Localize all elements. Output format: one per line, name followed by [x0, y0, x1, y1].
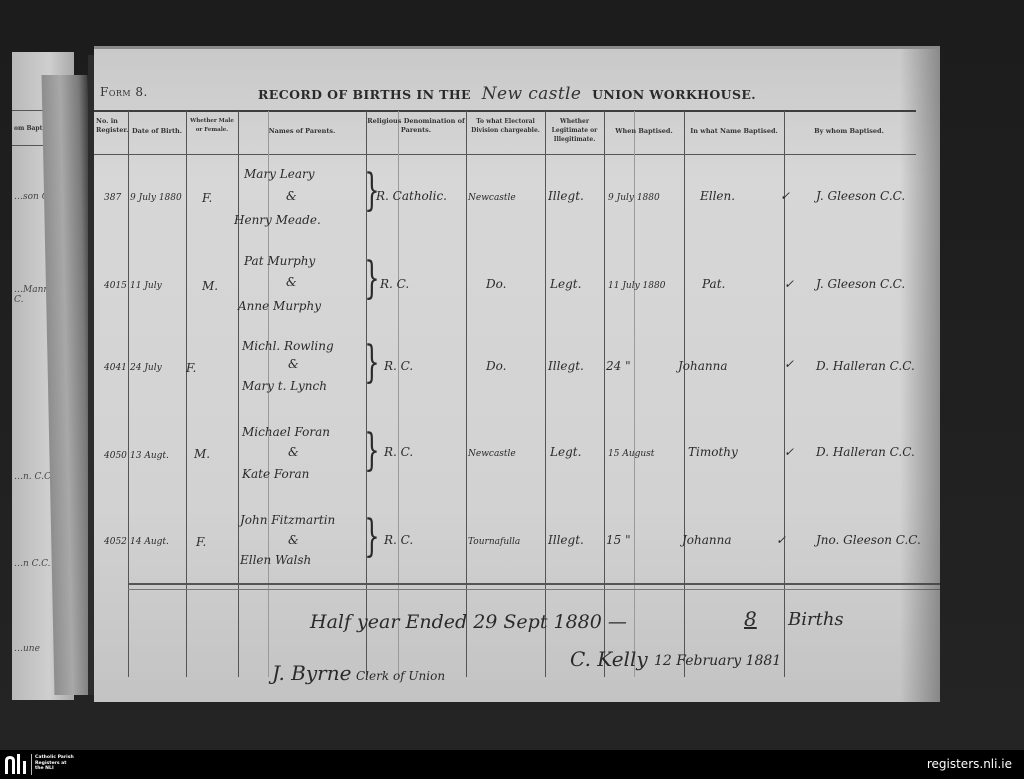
baptised-by: Jno. Gleeson C.C. [816, 533, 921, 547]
parent-1: Pat Murphy [244, 254, 315, 268]
org-line-3: the NLI [35, 766, 74, 772]
brace-icon: } [364, 515, 379, 559]
electoral-division: Do. [486, 359, 506, 373]
clerk-title: Clerk of Union [356, 669, 445, 683]
baptised-by: D. Halleran C.C. [816, 445, 915, 459]
check-mark-icon: ✓ [780, 189, 790, 203]
register-number: 4050 [104, 451, 127, 461]
signature-date: 12 February 1881 [654, 653, 781, 669]
footer-rule-secondary [128, 589, 940, 590]
sex: F. [202, 191, 212, 205]
register-number: 4015 [104, 281, 127, 291]
legitimacy: Legt. [550, 445, 581, 459]
column-divider [604, 111, 605, 677]
parent-1: John Fitzmartin [240, 513, 335, 527]
religion: R. C. [380, 277, 409, 291]
left-page-text: …n C.C. [14, 559, 51, 569]
column-header-division: To what Electoral Division chargeable. [466, 117, 545, 135]
register-page: Form 8. RECORD OF BIRTHS IN THE New cast… [94, 46, 940, 702]
check-mark-icon: ✓ [776, 533, 786, 547]
baptised-by: D. Halleran C.C. [816, 359, 915, 373]
column-divider [684, 111, 685, 677]
column-divider [545, 111, 546, 677]
parent-2: Anne Murphy [238, 299, 321, 313]
baptismal-name: Pat. [702, 277, 725, 291]
column-header-when-baptised: When Baptised. [604, 127, 684, 136]
column-header-name-baptised: In what Name Baptised. [684, 127, 784, 136]
column-divider [186, 111, 187, 677]
religion: R. C. [384, 359, 413, 373]
title-prefix: RECORD OF BIRTHS IN THE [258, 87, 471, 102]
title-union-name: New castle [482, 84, 582, 104]
header-rule-bottom [94, 154, 916, 155]
legitimacy: Illegt. [548, 359, 584, 373]
date-of-birth: 11 July [130, 281, 162, 291]
register-number: 387 [104, 193, 121, 203]
footer-rule [128, 583, 940, 585]
site-link[interactable]: registers.nli.ie [927, 757, 1012, 771]
date-of-birth: 24 July [130, 363, 162, 373]
legitimacy: Illegt. [548, 189, 584, 203]
religion: R. C. [384, 533, 413, 547]
sex: F. [186, 361, 196, 375]
sex: M. [202, 279, 218, 293]
register-number: 4052 [104, 537, 127, 547]
births-count: 8 [744, 607, 757, 631]
electoral-division: Newcastle [468, 449, 516, 459]
ampersand: & [286, 275, 297, 289]
when-baptised: 11 July 1880 [608, 281, 665, 291]
image-viewer: om Baptized. …son C. …Mannane C. …n. C.C… [0, 0, 1024, 750]
electoral-division: Tournafulla [468, 537, 520, 547]
register-number: 4041 [104, 363, 127, 373]
when-baptised: 24 " [606, 359, 631, 373]
left-page-text: …une [14, 644, 40, 654]
column-divider [466, 111, 467, 677]
ampersand: & [288, 357, 299, 371]
date-of-birth: 9 July 1880 [130, 193, 182, 203]
title-suffix: UNION WORKHOUSE. [592, 87, 756, 102]
column-header-parents: Names of Parents. [238, 127, 366, 136]
parent-2: Ellen Walsh [240, 553, 311, 567]
column-header-by-whom: By whom Baptised. [784, 127, 914, 136]
births-label: Births [788, 609, 844, 630]
column-divider [238, 111, 239, 677]
half-year-summary: Half year Ended 29 Sept 1880 — [310, 611, 627, 633]
baptised-by: J. Gleeson C.C. [816, 277, 905, 291]
brace-icon: } [364, 341, 379, 385]
sex: F. [196, 535, 206, 549]
nli-logo-icon[interactable] [4, 753, 30, 775]
org-line-1: Catholic Parish [35, 755, 74, 761]
electoral-division: Do. [486, 277, 506, 291]
header-rule-top [94, 110, 916, 112]
check-mark-icon: ✓ [784, 277, 794, 291]
baptismal-name: Johanna [678, 359, 728, 373]
brace-icon: } [364, 429, 379, 473]
form-label: Form 8. [100, 85, 148, 99]
brace-icon: } [364, 257, 379, 301]
column-header-no: No. in Register. [94, 117, 128, 135]
ampersand: & [288, 533, 299, 547]
religion: R. Catholic. [376, 189, 447, 203]
legitimacy: Illegt. [548, 533, 584, 547]
chaplain-signature: C. Kelly [570, 647, 648, 671]
legitimacy: Legt. [550, 277, 581, 291]
baptismal-name: Johanna [682, 533, 732, 547]
page-title: RECORD OF BIRTHS IN THE New castle UNION… [258, 84, 756, 104]
electoral-division: Newcastle [468, 193, 516, 203]
parent-2: Mary t. Lynch [242, 379, 327, 393]
column-header-sex: Whether Male or Female. [186, 117, 238, 135]
baptismal-name: Ellen. [700, 189, 735, 203]
column-header-legitimacy: Whether Legitimate or Illegitimate. [545, 117, 604, 144]
ampersand: & [288, 445, 299, 459]
when-baptised: 15 " [606, 533, 631, 547]
parent-1: Michl. Rowling [242, 339, 334, 353]
religion: R. C. [384, 445, 413, 459]
left-page-text: …n. C.C. [14, 472, 53, 482]
date-of-birth: 13 Augt. [130, 451, 169, 461]
column-divider [268, 111, 269, 677]
column-divider [128, 111, 129, 677]
parent-1: Mary Leary [244, 167, 315, 181]
baptismal-name: Timothy [688, 445, 738, 459]
date-of-birth: 14 Augt. [130, 537, 169, 547]
sex: M. [194, 447, 210, 461]
logo-divider [31, 754, 32, 775]
ampersand: & [286, 189, 297, 203]
bottom-bar: Catholic Parish Registers at the NLI reg… [0, 750, 1024, 779]
baptised-by: J. Gleeson C.C. [816, 189, 905, 203]
when-baptised: 15 August [608, 449, 654, 459]
column-header-dob: Date of Birth. [128, 127, 186, 136]
check-mark-icon: ✓ [784, 357, 794, 371]
parent-2: Henry Meade. [234, 213, 321, 227]
parent-1: Michael Foran [242, 425, 330, 439]
parent-2: Kate Foran [242, 467, 309, 481]
clerk-signature: J. Byrne [272, 661, 351, 685]
org-name: Catholic Parish Registers at the NLI [35, 755, 74, 772]
check-mark-icon: ✓ [784, 445, 794, 459]
when-baptised: 9 July 1880 [608, 193, 660, 203]
column-header-religion: Religious Denomination of Parents. [366, 117, 466, 135]
